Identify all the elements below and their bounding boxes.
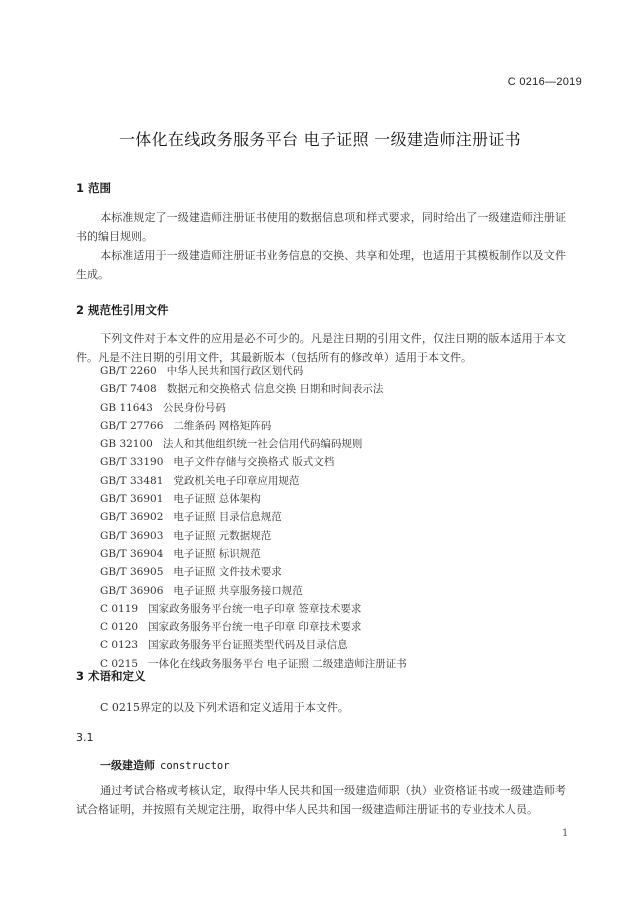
reference-code: C 0123 bbox=[100, 636, 138, 654]
reference-code: GB/T 33190 bbox=[100, 453, 163, 471]
terms-intro-paragraph: C 0215界定的以及下列术语和定义适用于本文件。 bbox=[76, 698, 566, 717]
reference-code: GB/T 36901 bbox=[100, 490, 163, 508]
reference-item: GB/T 27766二维条码 网格矩阵码 bbox=[100, 417, 407, 435]
terms-intro-text: C 0215界定的以及下列术语和定义适用于本文件。 bbox=[100, 701, 349, 714]
reference-code: GB/T 36906 bbox=[100, 582, 163, 600]
reference-title: 法人和其他组织统一社会信用代码编码规则 bbox=[163, 438, 363, 450]
reference-code: GB/T 36903 bbox=[100, 527, 163, 545]
reference-title: 电子证照 标识规范 bbox=[173, 548, 260, 560]
reference-title: 电子证照 目录信息规范 bbox=[173, 511, 281, 523]
reference-item: GB/T 2260中华人民共和国行政区划代码 bbox=[100, 362, 407, 380]
reference-item: GB/T 36906电子证照 共享服务接口规范 bbox=[100, 582, 407, 600]
reference-title: 国家政务服务平台证照类型代码及目录信息 bbox=[148, 639, 348, 651]
term-en: constructor bbox=[160, 760, 230, 772]
reference-item: GB/T 36903电子证照 元数据规范 bbox=[100, 527, 407, 545]
page-number: 1 bbox=[562, 828, 568, 839]
reference-code: GB/T 36905 bbox=[100, 563, 163, 581]
reference-code: GB/T 27766 bbox=[100, 417, 163, 435]
scope-paragraph-1: 本标准规定了一级建造师注册证书使用的数据信息项和样式要求，同时给出了一级建造师注… bbox=[76, 208, 566, 246]
document-code: C 0216—2019 bbox=[508, 76, 582, 88]
reference-title: 电子文件存储与交换格式 版式文档 bbox=[173, 456, 334, 468]
reference-title: 数据元和交换格式 信息交换 日期和时间表示法 bbox=[167, 383, 384, 395]
reference-item: GB 32100法人和其他组织统一社会信用代码编码规则 bbox=[100, 435, 407, 453]
section-heading-scope: 1 范围 bbox=[76, 180, 111, 196]
reference-title: 电子证照 总体架构 bbox=[173, 493, 260, 505]
reference-item: C 0215一体化在线政务服务平台 电子证照 二级建造师注册证书 bbox=[100, 655, 407, 673]
reference-code: GB/T 36904 bbox=[100, 545, 163, 563]
term-number: 3.1 bbox=[76, 731, 94, 744]
references-intro-text: 下列文件对于本文件的应用是必不可少的。凡是注日期的引用文件，仅注日期的版本适用于… bbox=[76, 332, 566, 364]
reference-title: 中华人民共和国行政区划代码 bbox=[167, 365, 304, 377]
reference-title: 一体化在线政务服务平台 电子证照 二级建造师注册证书 bbox=[148, 658, 407, 670]
reference-item: GB/T 36904电子证照 标识规范 bbox=[100, 545, 407, 563]
reference-code: GB/T 36902 bbox=[100, 508, 163, 526]
term-definition-text: 通过考试合格或考核认定，取得中华人民共和国一级建造师职（执）业资格证书或一级建造… bbox=[76, 784, 566, 816]
reference-title: 电子证照 文件技术要求 bbox=[173, 566, 281, 578]
term-entry: 一级建造师constructor bbox=[100, 757, 230, 773]
section-heading-terms-definitions: 3 术语和定义 bbox=[76, 668, 146, 684]
reference-code: C 0119 bbox=[100, 600, 138, 618]
document-title: 一体化在线政务服务平台 电子证照 一级建造师注册证书 bbox=[0, 127, 640, 150]
section-heading-normative-references: 2 规范性引用文件 bbox=[76, 302, 169, 318]
reference-item: GB/T 33481党政机关电子印章应用规范 bbox=[100, 472, 407, 490]
reference-item: C 0123国家政务服务平台证照类型代码及目录信息 bbox=[100, 636, 407, 654]
term-zh: 一级建造师 bbox=[100, 759, 155, 772]
scope-paragraph-2: 本标准适用于一级建造师注册证书业务信息的交换、共享和处理，也适用于其模板制作以及… bbox=[76, 246, 566, 284]
reference-code: C 0120 bbox=[100, 618, 138, 636]
reference-item: GB 11643公民身份号码 bbox=[100, 399, 407, 417]
reference-code: GB/T 2260 bbox=[100, 362, 157, 380]
reference-code: GB/T 7408 bbox=[100, 380, 157, 398]
reference-title: 国家政务服务平台统一电子印章 印章技术要求 bbox=[148, 621, 361, 633]
reference-title: 党政机关电子印章应用规范 bbox=[173, 475, 299, 487]
reference-code: GB 32100 bbox=[100, 435, 153, 453]
scope-paragraph-1-text: 本标准规定了一级建造师注册证书使用的数据信息项和样式要求，同时给出了一级建造师注… bbox=[76, 211, 566, 243]
reference-item: GB/T 36901电子证照 总体架构 bbox=[100, 490, 407, 508]
reference-title: 公民身份号码 bbox=[163, 402, 226, 414]
reference-item: GB/T 33190电子文件存储与交换格式 版式文档 bbox=[100, 453, 407, 471]
reference-item: GB/T 36905电子证照 文件技术要求 bbox=[100, 563, 407, 581]
reference-title: 国家政务服务平台统一电子印章 签章技术要求 bbox=[148, 603, 361, 615]
term-definition: 通过考试合格或考核认定，取得中华人民共和国一级建造师职（执）业资格证书或一级建造… bbox=[76, 781, 566, 819]
document-page: C 0216—2019 一体化在线政务服务平台 电子证照 一级建造师注册证书 1… bbox=[0, 0, 640, 905]
reference-code: GB 11643 bbox=[100, 399, 153, 417]
reference-item: GB/T 7408数据元和交换格式 信息交换 日期和时间表示法 bbox=[100, 380, 407, 398]
reference-title: 电子证照 元数据规范 bbox=[173, 530, 271, 542]
scope-paragraph-2-text: 本标准适用于一级建造师注册证书业务信息的交换、共享和处理，也适用于其模板制作以及… bbox=[76, 249, 566, 281]
reference-item: GB/T 36902电子证照 目录信息规范 bbox=[100, 508, 407, 526]
reference-title: 二维条码 网格矩阵码 bbox=[173, 420, 271, 432]
reference-list: GB/T 2260中华人民共和国行政区划代码 GB/T 7408数据元和交换格式… bbox=[100, 362, 407, 673]
reference-item: C 0120国家政务服务平台统一电子印章 印章技术要求 bbox=[100, 618, 407, 636]
reference-item: C 0119国家政务服务平台统一电子印章 签章技术要求 bbox=[100, 600, 407, 618]
reference-title: 电子证照 共享服务接口规范 bbox=[173, 585, 302, 597]
reference-code: GB/T 33481 bbox=[100, 472, 163, 490]
